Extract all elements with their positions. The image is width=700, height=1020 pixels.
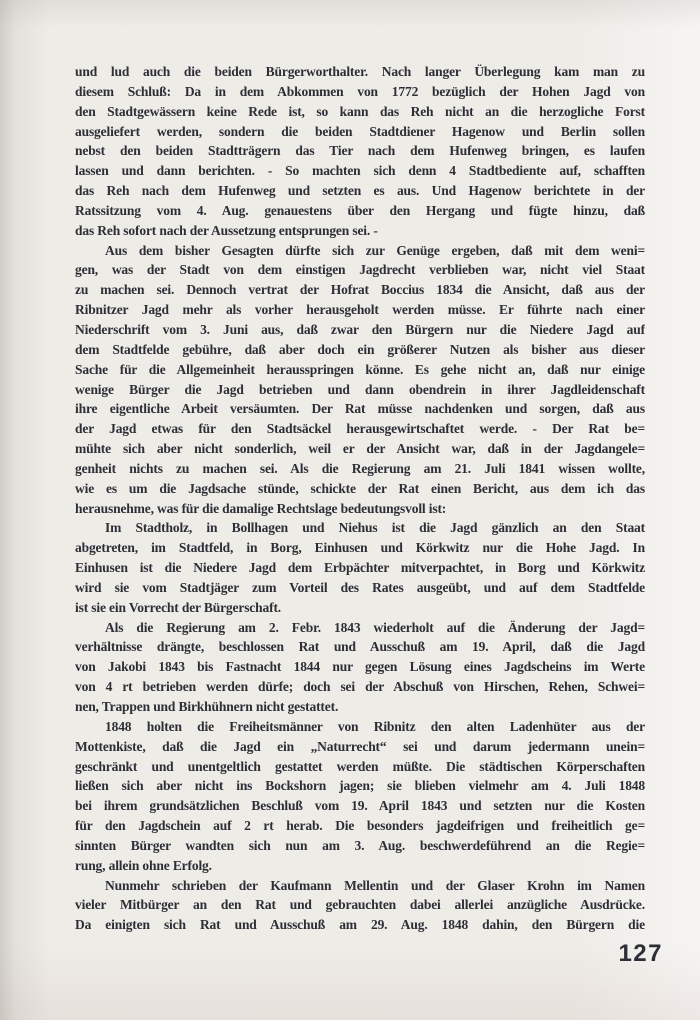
text-line: geschränkt und unentgeltlich gestattet w… — [75, 757, 645, 777]
text-line: nebst den beiden Stadtträgern das Tier n… — [75, 141, 645, 161]
text-line: bei ihrem grundsätzlichen Beschluß vom 1… — [75, 796, 645, 816]
book-page: und lud auch die beiden Bürgerworthalter… — [0, 0, 700, 1020]
text-line: genheit nichts zu machen sei. Als die Re… — [75, 459, 645, 479]
text-line: Nunmehr schrieben der Kaufmann Mellentin… — [75, 876, 645, 896]
text-line: den Stadtgewässern keine Rede ist, so ka… — [75, 102, 645, 122]
text-line: lassen und dann berichten. - So machten … — [75, 161, 645, 181]
text-line: der Jagd etwas für den Stadtsäckel herau… — [75, 419, 645, 439]
text-line: ließen sich aber nicht ins Bockshorn jag… — [75, 776, 645, 796]
text-line: Als die Regierung am 2. Febr. 1843 wiede… — [75, 618, 645, 638]
text-line: ihre eigentliche Arbeit versäumten. Der … — [75, 399, 645, 419]
page-number: 127 — [618, 940, 663, 968]
text-line: Einhusen ist die Niedere Jagd dem Erbpäc… — [75, 558, 645, 578]
text-line: vieler Mitbürger an den Rat und gebrauch… — [75, 895, 645, 915]
text-line: rung, allein ohne Erfolg. — [75, 856, 645, 876]
text-line: Ratssitzung vom 4. Aug. genauestens über… — [75, 201, 645, 221]
text-line: von 4 rt betrieben werden dürfe; doch se… — [75, 677, 645, 697]
text-line: gen, was der Stadt von dem einstigen Jag… — [75, 260, 645, 280]
text-line: Sache für die Allgemeinheit herausspring… — [75, 360, 645, 380]
text-line: das Reh nach dem Hufenweg und setzten es… — [75, 181, 645, 201]
page-text: und lud auch die beiden Bürgerworthalter… — [75, 62, 645, 935]
text-line: nen, Trappen und Birkhühnern nicht gesta… — [75, 697, 645, 717]
text-line: verhältnisse drängte, beschlossen Rat un… — [75, 637, 645, 657]
text-line: wenige Bürger die Jagd betrieben und dan… — [75, 380, 645, 400]
text-line: das Reh sofort nach der Aussetzung entsp… — [75, 221, 645, 241]
text-line: abgetreten, im Stadtfeld, in Borg, Einhu… — [75, 538, 645, 558]
text-line: wie es um die Jagdsache stünde, schickte… — [75, 479, 645, 499]
text-line: diesem Schluß: Da in dem Abkommen von 17… — [75, 82, 645, 102]
text-line: sinnten Bürger wandten sich nun am 3. Au… — [75, 836, 645, 856]
text-line: Da einigten sich Rat und Ausschuß am 29.… — [75, 915, 645, 935]
text-line: Im Stadtholz, in Bollhagen und Niehus is… — [75, 518, 645, 538]
text-line: mühte sich aber nicht sonderlich, weil e… — [75, 439, 645, 459]
text-line: ist sie ein Vorrecht der Bürgerschaft. — [75, 598, 645, 618]
text-line: Ribnitzer Jagd mehr als vorher herausgeh… — [75, 300, 645, 320]
text-line: Niederschrift vom 3. Juni aus, daß zwar … — [75, 320, 645, 340]
text-line: 1848 holten die Freiheitsmänner von Ribn… — [75, 717, 645, 737]
text-line: Mottenkiste, daß die Jagd ein „Naturrech… — [75, 737, 645, 757]
text-line: zu machen sei. Dennoch vertrat der Hofra… — [75, 280, 645, 300]
text-line: herausnehme, was für die damalige Rechts… — [75, 499, 645, 519]
text-line: von Jakobi 1843 bis Fastnacht 1844 nur g… — [75, 657, 645, 677]
text-line: ausgeliefert werden, sondern die beiden … — [75, 122, 645, 142]
text-line: wird sie vom Stadtjäger zum Vorteil des … — [75, 578, 645, 598]
text-line: für den Jagdschein auf 2 rt herab. Die b… — [75, 816, 645, 836]
text-line: und lud auch die beiden Bürgerworthalter… — [75, 62, 645, 82]
text-line: Aus dem bisher Gesagten dürfte sich zur … — [75, 241, 645, 261]
text-line: dem Stadtfelde gebühre, daß aber doch ei… — [75, 340, 645, 360]
